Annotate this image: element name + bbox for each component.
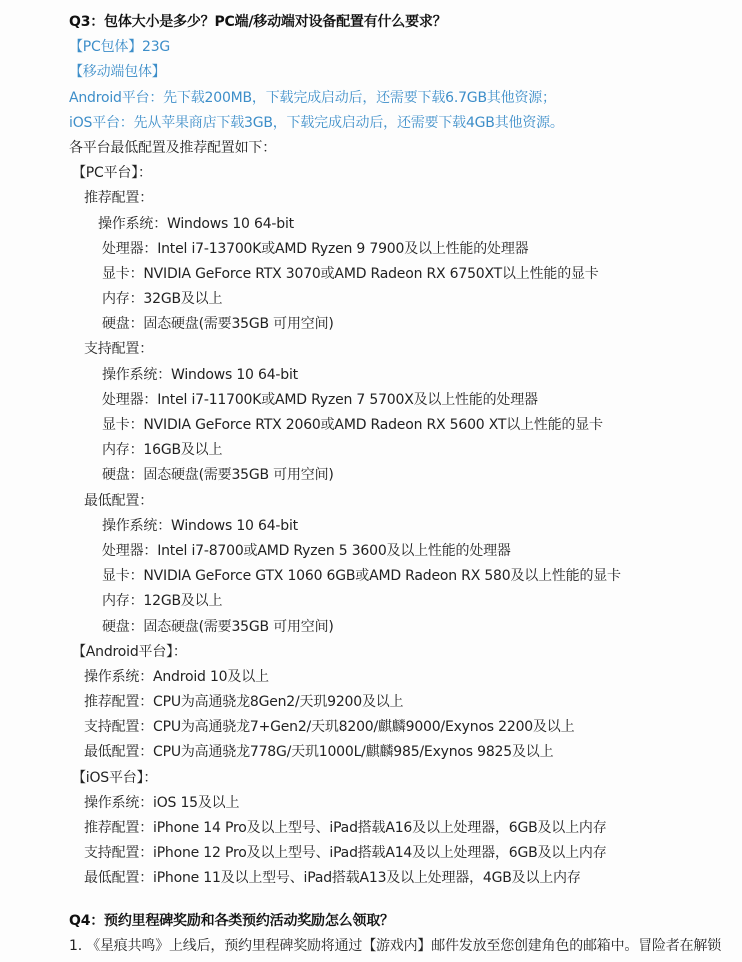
faq-document: Q3：包体大小是多少？PC端/移动端对设备配置有什么要求？ 【PC包体】23G … bbox=[69, 10, 742, 959]
pc-recommended-disk: 硬盘：固态硬盘(需要35GB 可用空间) bbox=[69, 312, 742, 337]
pc-supported-disk: 硬盘：固态硬盘(需要35GB 可用空间) bbox=[69, 463, 742, 488]
pc-recommended-ram: 内存：32GB及以上 bbox=[69, 287, 742, 312]
ios-package-info: iOS平台：先从苹果商店下载3GB，下载完成启动后，还需要下载4GB其他资源。 bbox=[69, 111, 742, 136]
ios-supported: 支持配置：iPhone 12 Pro及以上型号、iPad搭载A14及以上处理器，… bbox=[69, 841, 742, 866]
pc-supported-ram: 内存：16GB及以上 bbox=[69, 438, 742, 463]
pc-platform-heading: 【PC平台】： bbox=[69, 161, 742, 186]
ios-recommended: 推荐配置：iPhone 14 Pro及以上型号、iPad搭载A16及以上处理器，… bbox=[69, 816, 742, 841]
pc-minimum-os: 操作系统：Windows 10 64-bit bbox=[69, 514, 742, 539]
pc-minimum-cpu: 处理器：Intel i7-8700或AMD Ryzen 5 3600及以上性能的… bbox=[69, 539, 742, 564]
android-os: 操作系统：Android 10及以上 bbox=[69, 665, 742, 690]
pc-supported-cpu: 处理器：Intel i7-11700K或AMD Ryzen 7 5700X及以上… bbox=[69, 388, 742, 413]
android-supported: 支持配置：CPU为高通骁龙7+Gen2/天玑8200/麒麟9000/Exynos… bbox=[69, 715, 742, 740]
pc-minimum-gpu: 显卡：NVIDIA GeForce GTX 1060 6GB或AMD Radeo… bbox=[69, 564, 742, 589]
pc-supported-os: 操作系统：Windows 10 64-bit bbox=[69, 363, 742, 388]
android-minimum: 最低配置：CPU为高通骁龙778G/天玑1000L/麒麟985/Exynos 9… bbox=[69, 740, 742, 765]
pc-recommended-heading: 推荐配置： bbox=[69, 186, 742, 211]
pc-minimum-disk: 硬盘：固态硬盘(需要35GB 可用空间) bbox=[69, 615, 742, 640]
pc-supported-gpu: 显卡：NVIDIA GeForce RTX 2060或AMD Radeon RX… bbox=[69, 413, 742, 438]
pc-minimum-heading: 最低配置： bbox=[69, 489, 742, 514]
mobile-package-heading: 【移动端包体】 bbox=[69, 60, 742, 85]
android-recommended: 推荐配置：CPU为高通骁龙8Gen2/天玑9200及以上 bbox=[69, 690, 742, 715]
pc-recommended-gpu: 显卡：NVIDIA GeForce RTX 3070或AMD Radeon RX… bbox=[69, 262, 742, 287]
ios-minimum: 最低配置：iPhone 11及以上型号、iPad搭载A13及以上处理器，4GB及… bbox=[69, 866, 742, 891]
pc-recommended-os: 操作系统：Windows 10 64-bit bbox=[69, 212, 742, 237]
pc-package-size: 【PC包体】23G bbox=[69, 35, 742, 60]
q3-title: Q3：包体大小是多少？PC端/移动端对设备配置有什么要求？ bbox=[69, 10, 742, 35]
pc-recommended-cpu: 处理器：Intel i7-13700K或AMD Ryzen 9 7900及以上性… bbox=[69, 237, 742, 262]
section-spacer bbox=[69, 892, 742, 909]
q4-item-1: 1. 《星痕共鸣》上线后，预约里程碑奖励将通过【游戏内】邮件发放至您创建角色的邮… bbox=[69, 934, 742, 959]
q4-title: Q4：预约里程碑奖励和各类预约活动奖励怎么领取？ bbox=[69, 909, 742, 934]
android-package-info: Android平台：先下载200MB，下载完成启动后，还需要下载6.7GB其他资… bbox=[69, 86, 742, 111]
ios-os: 操作系统：iOS 15及以上 bbox=[69, 791, 742, 816]
ios-platform-heading: 【iOS平台】： bbox=[69, 766, 742, 791]
config-intro: 各平台最低配置及推荐配置如下： bbox=[69, 136, 742, 161]
android-platform-heading: 【Android平台】： bbox=[69, 640, 742, 665]
pc-supported-heading: 支持配置： bbox=[69, 337, 742, 362]
pc-minimum-ram: 内存：12GB及以上 bbox=[69, 589, 742, 614]
